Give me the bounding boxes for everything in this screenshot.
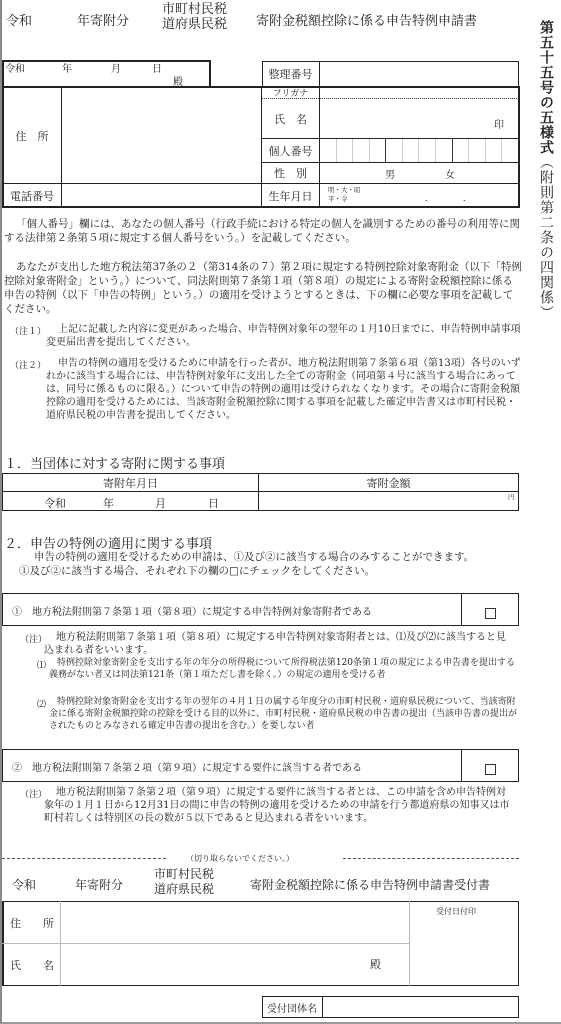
receipt-era: 令和: [12, 876, 36, 893]
name-label: 氏 名: [262, 99, 319, 138]
furigana-label: フリガナ: [262, 86, 319, 98]
note2-text: 申告の特例の適用を受けるために申請を行った者が、地方税法附則第７条第６項（第13…: [46, 357, 522, 422]
header-era: 令和: [6, 10, 32, 29]
donation-amount-field[interactable]: [259, 492, 518, 510]
sub2-text: 特例控除対象寄附金を支出する年の翌年の４月１日の属する年度分の市町村民税・道府県…: [49, 696, 517, 732]
item1-text: ① 地方税法附則第７条第１項（第８項）に規定する申告特例対象寄附者である: [12, 603, 372, 618]
receiving-org-field[interactable]: [323, 997, 518, 1017]
receipt-address-field[interactable]: [61, 902, 408, 943]
divider: [461, 593, 462, 626]
birth-date-field[interactable]: [320, 184, 518, 207]
receipt-year-suffix: 年寄附分: [75, 876, 123, 893]
header-tax-types: 市町村民税 道府県民税: [162, 2, 227, 32]
sub2-label: ⑵: [37, 697, 46, 710]
birth-date-label: 生年月日: [262, 184, 319, 207]
section2-desc1: 申告の特例の適用を受けるための申請は、①及び②に該当する場合のみすることができま…: [34, 550, 534, 564]
item2-note-label: （注）: [20, 787, 47, 800]
address-label: 住 所: [3, 88, 61, 183]
cut-line-left: [2, 858, 166, 859]
col-donation-date: 寄附年月日: [3, 474, 258, 491]
receipt-name-field[interactable]: [61, 944, 408, 985]
date-month: 月: [111, 60, 121, 75]
donation-date-field[interactable]: [3, 492, 258, 510]
note2-label: （注２）: [10, 358, 46, 371]
phone-label: 電話番号: [3, 184, 61, 207]
date-day: 日: [152, 60, 162, 75]
receipt-tax-line-municipal: 市町村民税: [154, 867, 214, 882]
item1-note-text: 地方税法附則第７条第１項（第８項）に規定する申告特例対象寄附者とは、⑴及び⑵に該…: [44, 631, 514, 657]
receipt-tax-line-prefectural: 道府県民税: [154, 882, 214, 897]
receipt-name-label: 氏 名: [4, 944, 60, 985]
receiving-org-label: 受付団体名: [262, 996, 322, 1018]
divider: [461, 749, 462, 782]
my-number-instruction: 「個人番号」欄には、あなたの個人番号（行政手続における特定の個人を識別するための…: [4, 217, 522, 245]
receipt-addressee-suffix: 殿: [370, 956, 381, 972]
section1-heading: １．当団体に対する寄附に関する事項: [4, 453, 225, 472]
my-number-label: 個人番号: [262, 139, 319, 162]
seiri-bangou-field[interactable]: [320, 62, 518, 86]
sex-label: 性 別: [262, 163, 319, 183]
cut-line-right: [343, 858, 519, 859]
furigana-field[interactable]: [320, 87, 518, 98]
form-number: 第五十五号の五様式: [538, 20, 554, 155]
receipt-title: 寄附金税額控除に係る申告特例申請書受付書: [250, 876, 490, 893]
form-reference: （附則第二条の四関係）: [538, 155, 554, 320]
date-era: 令和: [5, 60, 25, 75]
address-field[interactable]: [62, 88, 260, 182]
tax-line-prefectural: 道府県民税: [162, 17, 227, 32]
my-number-field[interactable]: [320, 139, 518, 162]
cut-line-notice: （切り取らないでください。）: [186, 853, 294, 864]
item1-note-label: （注）: [20, 632, 47, 645]
name-field[interactable]: [320, 99, 518, 138]
seiri-bangou-label: 整理番号: [262, 61, 319, 87]
page-title: 寄附金税額控除に係る申告特例申請書: [256, 10, 477, 29]
yen-unit: 円: [508, 492, 515, 501]
header-year-suffix: 年寄附分: [77, 10, 129, 29]
sex-option-male[interactable]: 男: [385, 166, 395, 181]
note1-label: （注１）: [10, 324, 46, 337]
sex-option-female[interactable]: 女: [445, 166, 455, 181]
tax-line-municipal: 市町村民税: [162, 2, 227, 17]
col-donation-amount: 寄附金額: [259, 474, 518, 491]
form-number-vertical: 第五十五号の五様式（附則第二条の四関係）: [537, 20, 555, 320]
section2-desc2: ①及び②に該当する場合、それぞれ下の欄の□にチェックをしてください。: [19, 564, 519, 578]
item2-checkbox[interactable]: [485, 760, 496, 779]
intro-paragraph: あなたが支出した地方税法第37条の２（第314条の７）第２項に規定する特例控除対…: [4, 260, 522, 316]
receipt-address-label: 住 所: [4, 902, 60, 943]
receipt-tax-types: 市町村民税 道府県民税: [154, 867, 214, 897]
sub1-text: 特例控除対象寄附金を支出する年の年分の所得税について所得税法第120条第１項の規…: [49, 657, 517, 681]
seal-mark: 印: [494, 116, 504, 131]
date-year: 年: [62, 60, 72, 75]
receipt-stamp-area[interactable]: [410, 902, 518, 985]
phone-field[interactable]: [62, 184, 260, 207]
item2-note-text: 地方税法附則第７条第２項（第９項）に規定する要件に該当する者とは、この申請を含め…: [44, 786, 514, 825]
item1-checkbox[interactable]: [485, 604, 496, 623]
note1-text: 上記に記載した内容に変更があった場合、申告特例対象年の翌年の１月10日までに、申…: [46, 323, 522, 349]
item2-text: ② 地方税法附則第７条第２項（第９項）に規定する要件に該当する者である: [12, 759, 362, 774]
sub1-label: ⑴: [37, 658, 46, 671]
